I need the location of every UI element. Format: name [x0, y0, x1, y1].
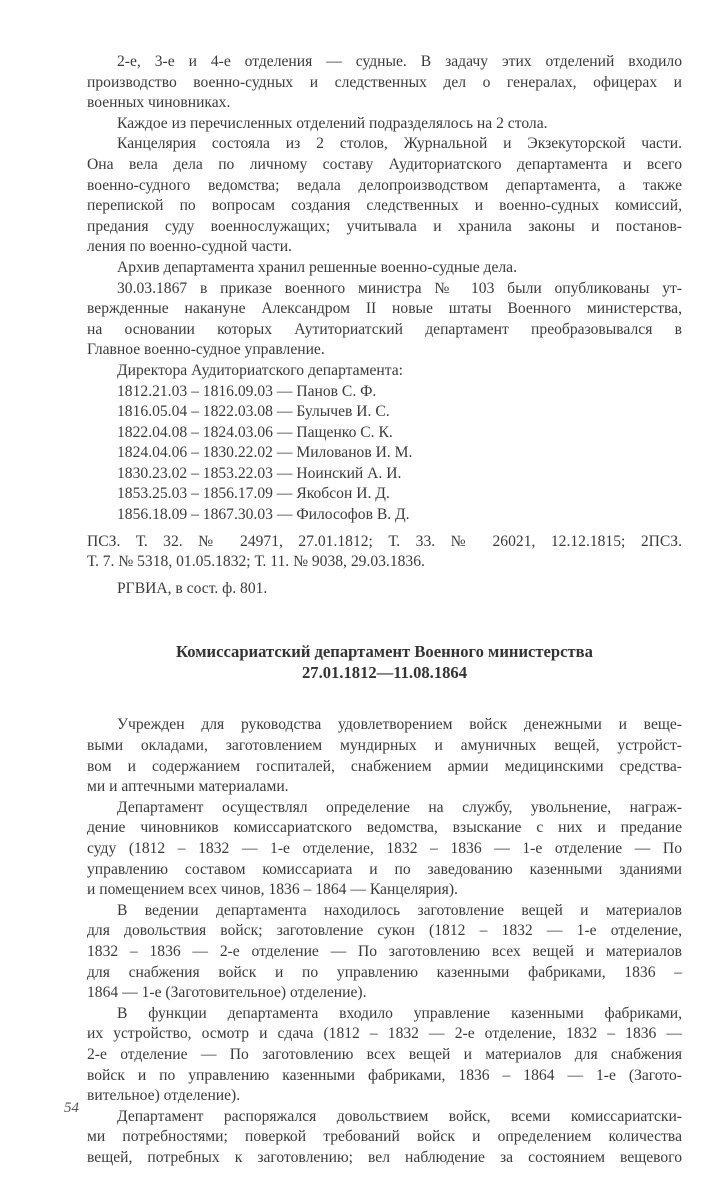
text-line: управлению составом комиссариата и по за…	[87, 860, 682, 881]
source-line: Т. 7. № 5318, 01.05.1832; Т. 11. № 9038,…	[87, 552, 682, 573]
text-line: их устройство, осмотр и сдача (1812 – 18…	[87, 1024, 682, 1045]
text-line: Департамент осуществлял определение на с…	[87, 798, 682, 819]
text-line: ми и аптечными материалами.	[87, 777, 682, 798]
director-entry: 1856.18.09 – 1867.30.03 — Философов В. Д…	[87, 505, 682, 526]
text-line: для снабжения войск и по управлению казе…	[87, 963, 682, 984]
text-line: Архив департамента хранил решенные военн…	[87, 258, 682, 279]
text-line: и помещением всех чинов, 1836 – 1864 — К…	[87, 880, 682, 901]
text-line: предания суду военнослужащих; учитывала …	[87, 217, 682, 238]
text-line: 1832 – 1836 — 2-е отделение — По заготов…	[87, 942, 682, 963]
section-paragraph: В функции департамента входило управлени…	[87, 1004, 682, 1107]
director-entry: 1824.04.06 – 1830.22.02 — Милованов И. М…	[87, 443, 682, 464]
section-paragraph: Департамент распоряжался довольствием во…	[87, 1107, 682, 1169]
text-line: военно-судного ведомства; ведала делопро…	[87, 176, 682, 197]
director-entry: 1816.05.04 – 1822.03.08 — Булычев И. С.	[87, 402, 682, 423]
section-paragraph: Учрежден для руководства удовлетворением…	[87, 715, 682, 797]
section-heading: Комиссариатский департамент Военного мин…	[87, 641, 682, 683]
text-line: 2-е, 3-е и 4-е отделения — судные. В зад…	[87, 52, 682, 73]
text-line: вержденные накануне Александром II новые…	[87, 299, 682, 320]
text-line: выми окладами, заготовлением мундирных и…	[87, 736, 682, 757]
section-paragraph: В ведении департамента находилось загото…	[87, 901, 682, 1004]
paragraph-chancellery: Канцелярия состояла из 2 столов, Журналь…	[87, 134, 682, 258]
text-line: для довольствия войск; заготовление суко…	[87, 921, 682, 942]
text-line: В функции департамента входило управлени…	[87, 1004, 682, 1025]
section-title: Комиссариатский департамент Военного мин…	[87, 641, 682, 662]
text-line: Главное военно-судное управление.	[87, 340, 682, 361]
text-line: ления по военно-судной части.	[87, 237, 682, 258]
section-dates: 27.01.1812—11.08.1864	[87, 662, 682, 683]
text-line: Учрежден для руководства удовлетворением…	[87, 715, 682, 736]
document-page: 2-е, 3-е и 4-е отделения — судные. В зад…	[87, 52, 682, 1169]
text-line: перепиской по вопросам создания следстве…	[87, 196, 682, 217]
text-line: Она вела дела по личному составу Аудитор…	[87, 155, 682, 176]
archive-reference: РГВИА, в сост. ф. 801.	[87, 579, 682, 600]
text-line: военных чиновниках.	[87, 93, 682, 114]
text-line: ми потребностями; поверкой требований во…	[87, 1127, 682, 1148]
text-line: В ведении департамента находилось загото…	[87, 901, 682, 922]
paragraph-tables: Каждое из перечисленных отделений подраз…	[87, 114, 682, 135]
director-entry: 1822.04.08 – 1824.03.06 — Пащенко С. К.	[87, 423, 682, 444]
text-line: войск и по управлению казенными фабрикам…	[87, 1066, 682, 1087]
text-line: 2-е отделение — По заготовлению всех вещ…	[87, 1045, 682, 1066]
text-line: дение чиновников комиссариатского ведомс…	[87, 818, 682, 839]
text-line: на основании которых Аутиториатский депа…	[87, 320, 682, 341]
text-line: производство военно-судных и следственны…	[87, 73, 682, 94]
archive-ref-text: РГВИА, в сост. ф. 801.	[87, 579, 682, 600]
text-line: Департамент распоряжался довольствием во…	[87, 1107, 682, 1128]
director-entry: 1812.21.03 – 1816.09.03 — Панов С. Ф.	[87, 382, 682, 403]
director-entry: 1830.23.02 – 1853.22.03 — Ноинский А. И.	[87, 464, 682, 485]
director-entry: 1853.25.03 – 1856.17.09 — Якобсон И. Д.	[87, 484, 682, 505]
section-body: Учрежден для руководства удовлетворением…	[87, 715, 682, 1168]
paragraph-judicial-sections: 2-е, 3-е и 4-е отделения — судные. В зад…	[87, 52, 682, 114]
paragraph-archive: Архив департамента хранил решенные военн…	[87, 258, 682, 279]
directors-title: Директора Аудиториатского департамента:	[87, 361, 682, 382]
text-line: вительное) отделение).	[87, 1086, 682, 1107]
text-line: Канцелярия состояла из 2 столов, Журналь…	[87, 134, 682, 155]
text-line: 30.03.1867 в приказе военного министра №…	[87, 279, 682, 300]
text-line: вещей, потребных к заготовлению; вел наб…	[87, 1148, 682, 1169]
section-paragraph: Департамент осуществлял определение на с…	[87, 798, 682, 901]
text-line: суду (1812 – 1832 — 1-е отделение, 1832 …	[87, 839, 682, 860]
text-line: Каждое из перечисленных отделений подраз…	[87, 114, 682, 135]
directors-list: Директора Аудиториатского департамента: …	[87, 361, 682, 526]
text-line: вом и содержанием госпиталей, снабжением…	[87, 757, 682, 778]
text-line: 1864 — 1-е (Заготовительное) отделение).	[87, 983, 682, 1004]
page-number: 54	[64, 1100, 79, 1117]
paragraph-order: 30.03.1867 в приказе военного министра №…	[87, 279, 682, 361]
source-line: ПСЗ. Т. 32. № 24971, 27.01.1812; Т. 33. …	[87, 532, 682, 553]
sources: ПСЗ. Т. 32. № 24971, 27.01.1812; Т. 33. …	[87, 532, 682, 573]
